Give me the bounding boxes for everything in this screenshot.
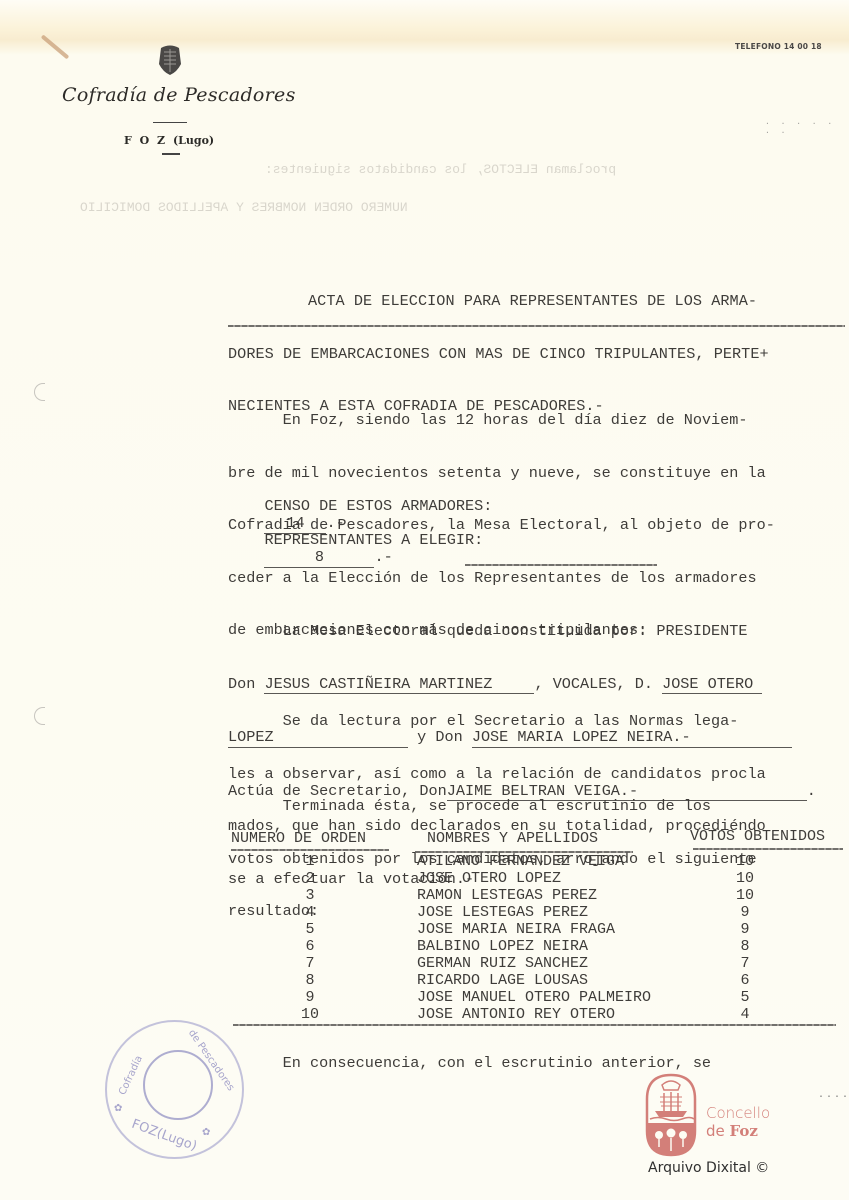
decorative-dots: . . . . . . . [765, 118, 849, 136]
paragraph-line: La Mesa Electoral queda constituida por:… [228, 623, 816, 641]
stamp-flower-icon: ✿ [114, 1103, 122, 1114]
watermark-de: de [706, 1122, 730, 1140]
town-name: F O Z [124, 134, 167, 147]
row-candidate-name: JOSE ANTONIO REY OTERO [417, 1006, 615, 1023]
title-line: DORES DE EMBARCACIONES CON MAS DE CINCO … [228, 346, 769, 364]
row-votes: 10 [715, 853, 775, 870]
row-order-number: 2 [250, 870, 370, 887]
row-order-number: 3 [250, 887, 370, 904]
row-candidate-name: RAMON LESTEGAS PEREZ [417, 887, 597, 904]
row-candidate-name: ATILANO FERNANDEZ VEIGA [417, 853, 624, 870]
row-votes: 10 [715, 887, 775, 904]
town-label: F O Z (Lugo) [124, 134, 214, 147]
row-order-number: 5 [250, 921, 370, 938]
representatives-suffix: .- [374, 548, 392, 566]
row-votes: 6 [715, 972, 775, 989]
row-candidate-name: JOSE LESTEGAS PEREZ [417, 904, 588, 921]
row-order-number: 6 [250, 938, 370, 955]
paper-stain [41, 34, 70, 59]
row-votes: 5 [715, 989, 775, 1006]
representatives-label: REPRESENTANTES A ELEGIR: [264, 531, 483, 549]
row-votes: 9 [715, 904, 775, 921]
concello-foz-shield-icon [645, 1073, 697, 1157]
row-votes: 9 [715, 921, 775, 938]
row-candidate-name: JOSE MARIA NEIRA FRAGA [417, 921, 615, 938]
row-order-number: 1 [250, 853, 370, 870]
row-order-number: 8 [250, 972, 370, 989]
telephone: TELEFONO 14 00 18 [735, 42, 822, 51]
row-votes: 4 [715, 1006, 775, 1023]
watermark-foz: Foz [730, 1122, 758, 1140]
eagle-crest-icon [157, 44, 183, 76]
continuation-dots: .... [818, 1090, 849, 1101]
representatives-line: REPRESENTANTES A ELEGIR: 8.- [228, 514, 483, 585]
bleed-through-headers: NUMERO ORDEN NOMBRES Y APELLIDOS DOMICIL… [80, 200, 408, 215]
row-candidate-name: GERMAN RUIZ SANCHEZ [417, 955, 588, 972]
row-candidate-name: BALBINO LOPEZ NEIRA [417, 938, 588, 955]
table-bottom-rule [233, 1024, 836, 1026]
letterhead-divider [153, 122, 187, 123]
archive-credit: Arquivo Dixital © [648, 1160, 769, 1176]
punch-hole [34, 383, 45, 401]
watermark-concello: Concello [706, 1104, 770, 1122]
row-votes: 10 [715, 870, 775, 887]
stamp-flower-icon: ✿ [202, 1127, 210, 1138]
row-votes: 7 [715, 955, 775, 972]
paragraph-line: En Foz, siendo las 12 horas del día diez… [228, 412, 775, 430]
punch-hole [34, 707, 45, 725]
letterhead-divider-2 [162, 153, 180, 155]
row-candidate-name: JOSE MANUEL OTERO PALMEIRO [417, 989, 651, 1006]
header-votes: VOTOS OBTENIDOS [690, 828, 825, 845]
bleed-through-line: proclaman ELECTOS, los candidatos siguie… [265, 162, 616, 177]
closing-line: En consecuencia, con el escrutinio anter… [228, 1055, 711, 1073]
row-candidate-name: JOSE OTERO LOPEZ [417, 870, 561, 887]
paragraph-line: Se da lectura por el Secretario a las No… [228, 713, 766, 731]
paragraph-line: Terminada ésta, se procede al escrutinio… [228, 798, 757, 816]
header-order: NUMERO DE ORDEN [231, 830, 366, 847]
title-divider [228, 325, 845, 327]
row-order-number: 4 [250, 904, 370, 921]
organization-name: Cofradía de Pescadores [62, 84, 296, 106]
header-underline [231, 849, 389, 851]
section-divider [465, 564, 657, 566]
province-name: (Lugo) [173, 134, 214, 147]
row-order-number: 7 [250, 955, 370, 972]
header-name: NOMBRES Y APELLIDOS [427, 830, 598, 847]
title-line: ACTA DE ELECCION PARA REPRESENTANTES DE … [228, 293, 769, 311]
stamp-inner-ring [143, 1050, 213, 1120]
row-order-number: 9 [250, 989, 370, 1006]
header-underline [693, 848, 843, 850]
row-candidate-name: RICARDO LAGE LOUSAS [417, 972, 588, 989]
row-order-number: 10 [250, 1006, 370, 1023]
watermark-de-foz: de Foz [706, 1122, 758, 1140]
representatives-value: 8 [264, 549, 374, 568]
document-page: Cofradía de Pescadores F O Z (Lugo) TELE… [0, 0, 849, 1200]
census-label: CENSO DE ESTOS ARMADORES: [264, 497, 492, 515]
row-votes: 8 [715, 938, 775, 955]
